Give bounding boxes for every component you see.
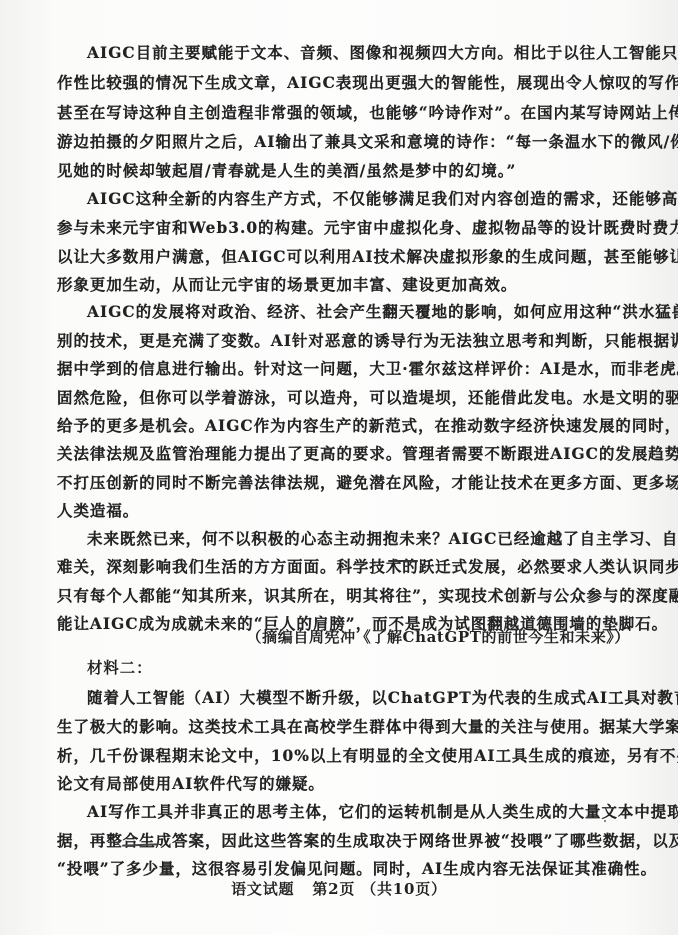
footer-subject: 语文试题	[231, 880, 294, 898]
text-line: 据中学到的信息进行输出。针对这一问题，大卫·霍尔兹这样评价：AI是水，而非老虎。…	[57, 357, 620, 381]
text-line: 给予的更多是机会。AIGC作为内容生产的新范式，在推动数字经济快速发展的同时，也…	[57, 414, 620, 438]
text-line: 只有每个人都能“知其所来，识其所在，明其将往”，实现技术创新与公众参与的深度融合…	[57, 584, 620, 608]
source-citation: （摘编自周宪冲《了解ChatGPT的前世今生和未来》）	[247, 626, 630, 647]
text-line: 关法律法规及监管治理能力提出了更高的要求。管理者需要不断跟进AIGC的发展趋势，…	[57, 442, 620, 466]
scan-speck	[552, 414, 554, 416]
text-line: AI写作工具并非真正的思考主体，它们的运转机制是从人类生成的大量文本中提取数	[87, 800, 620, 824]
footer-page-number: 第2页	[312, 880, 355, 898]
text-line: 作性比较强的情况下生成文章，AIGC表现出更强大的智能性，展现出令人惊叹的写作潜…	[57, 71, 620, 95]
text-line: 难关，深刻影响我们生活的方方面面。科学技术的跃迁式发展，必然要求人类认识同步跃迁…	[57, 555, 620, 579]
handwritten-underline	[388, 560, 418, 562]
text-line: AIGC目前主要赋能于文本、音频、图像和视频四大方向。相比于以往人工智能只能在既	[87, 41, 620, 65]
text-line: 游边拍摄的夕阳照片之后，AI输出了兼具文采和意境的诗作：“每一条温水下的微风/你…	[57, 130, 620, 154]
section-heading: 材料二：	[87, 656, 153, 678]
text-line: 论文有局部使用AI软件代写的嫌疑。	[57, 772, 620, 796]
scan-speck	[604, 820, 606, 822]
text-line: 不打压创新的同时不断完善法律法规，避免潜在风险，才能让技术在更多方面、更多场景为	[57, 471, 620, 495]
text-line: AIGC这种全新的内容生产方式，不仅能够满足我们对内容创造的需求，还能够高效率地	[87, 187, 620, 211]
text-line: AIGC的发展将对政治、经济、社会产生翻天覆地的影响，如何应用这种“洪水猛兽”级	[87, 300, 620, 324]
footer-total-pages: （共10页）	[361, 880, 447, 898]
exam-page: AIGC目前主要赋能于文本、音频、图像和视频四大方向。相比于以往人工智能只能在既…	[0, 0, 678, 935]
text-line: 参与未来元宇宙和Web3.0的构建。元宇宙中虚拟化身、虚拟物品等的设计既费时费力…	[57, 216, 620, 240]
text-line: 随着人工智能（AI）大模型不断升级，以ChatGPT为代表的生成式AI工具对教育…	[87, 686, 620, 710]
text-line: 别的技术，更是充满了变数。AI针对恶意的诱导行为无法独立思考和判断，只能根据训练…	[57, 329, 620, 353]
text-line: 析，几千份课程期末论文中，10%以上有明显的全文使用AI工具生成的痕迹，另有不少…	[57, 744, 620, 768]
text-line: 据，再整合生成答案，因此这些答案的生成取决于网络世界被“投喂”了哪些数据，以及	[57, 829, 620, 853]
text-line: 未来既然已来，何不以积极的心态主动拥抱未来？AIGC已经逾越了自主学习、自主创作…	[87, 527, 620, 551]
text-line: 人类造福。	[57, 499, 620, 523]
page-footer: 语文试题 第2页（共10页）	[0, 878, 678, 899]
text-line: 生了极大的影响。这类技术工具在高校学生群体中得到大量的关注与使用。据某大学案例分	[57, 715, 620, 739]
text-line: 甚至在写诗这种自主创造程非常强的领域，也能够“吟诗作对”。在国内某写诗网站上传一…	[57, 101, 620, 125]
text-line: 固然危险，但你可以学着游泳，可以造舟，可以造堤坝，还能借此发电。水是文明的驱动力…	[57, 386, 620, 410]
text-line: 见她的时候却皱起眉/青春就是人生的美酒/虽然是梦中的幻境。”	[57, 159, 620, 183]
text-line: 以让大多数用户满意，但AIGC可以利用AI技术解决虚拟形象的生成问题，甚至能够让…	[57, 245, 620, 269]
text-line: 形象更加生动，从而让元宇宙的场景更加丰富、建设更加高效。	[57, 273, 620, 297]
